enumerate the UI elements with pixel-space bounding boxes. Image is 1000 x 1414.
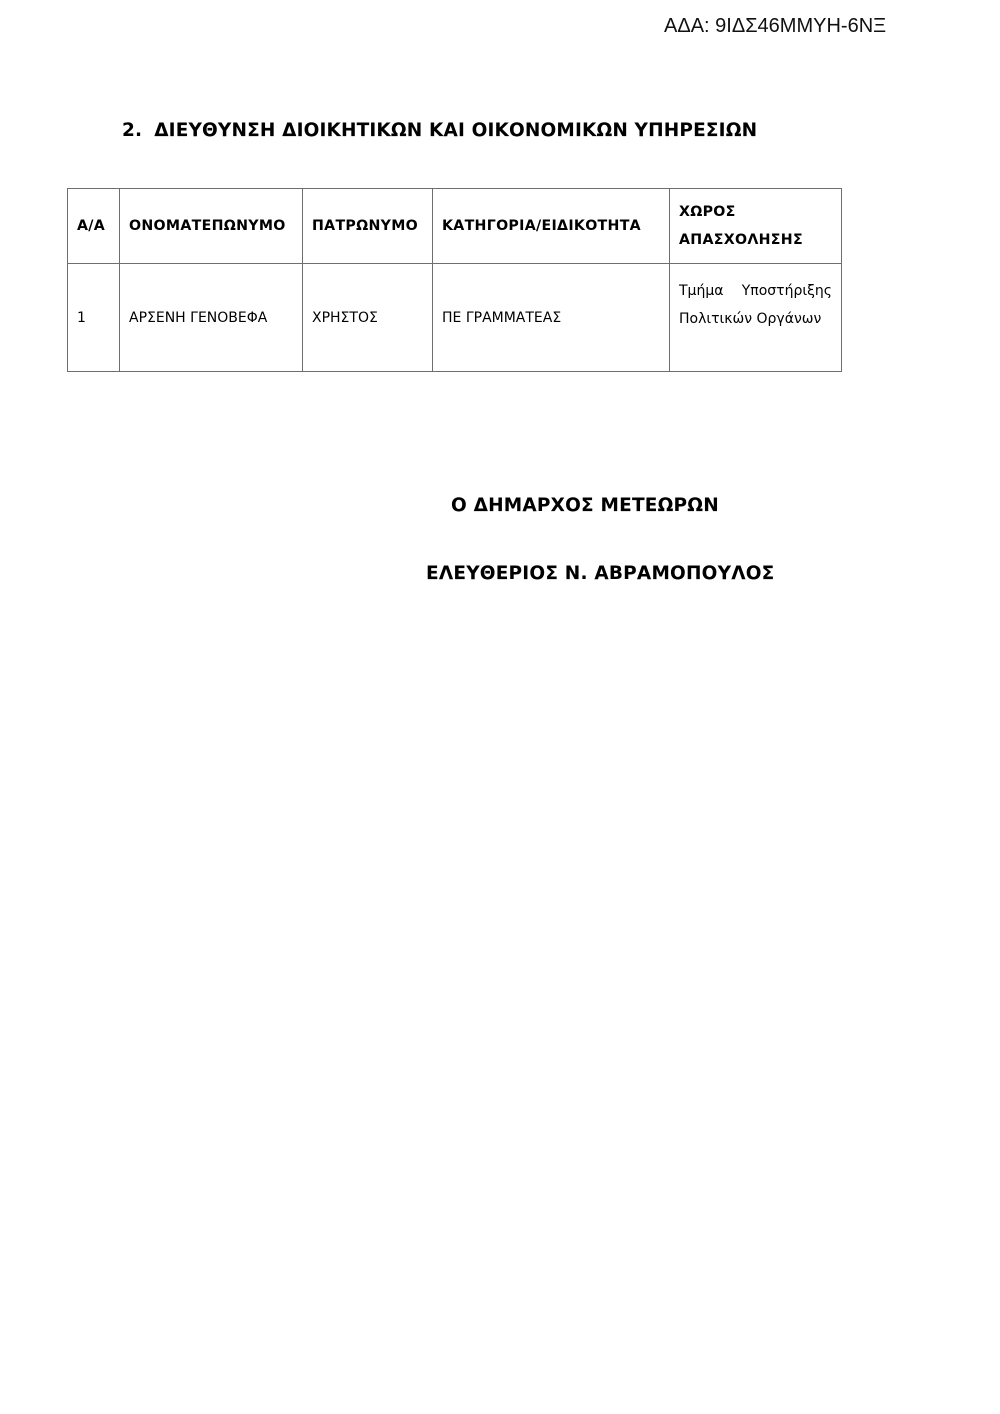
section-heading: 2.ΔΙΕΥΘΥΝΣΗ ΔΙΟΙΚΗΤΙΚΩΝ ΚΑΙ ΟΙΚΟΝΟΜΙΚΩΝ …: [122, 120, 757, 141]
header-workplace-line2: ΑΠΑΣΧΟΛΗΣΗΣ: [679, 232, 803, 248]
header-aa: Α/Α: [68, 189, 120, 264]
header-fullname: ΟΝΟΜΑΤΕΠΩΝΥΜΟ: [120, 189, 303, 264]
signature-name: ΕΛΕΥΘΕΡΙΟΣ Ν. ΑΒΡΑΜΟΠΟΥΛΟΣ: [426, 563, 774, 584]
table-row: 1 ΑΡΣΕΝΗ ΓΕΝΟΒΕΦΑ ΧΡΗΣΤΟΣ ΠΕ ΓΡΑΜΜΑΤΕΑΣ …: [68, 264, 842, 372]
cell-workplace: Τμήμα Υποστήριξης Πολιτικών Οργάνων: [670, 264, 842, 372]
ada-identifier: ΑΔΑ: 9ΙΔΣ46ΜΜΥΗ-6ΝΞ: [664, 15, 886, 38]
header-workplace-line1: ΧΩΡΟΣ: [679, 204, 736, 220]
header-fathers-name: ΠΑΤΡΩΝΥΜΟ: [303, 189, 433, 264]
signature-title: Ο ΔΗΜΑΡΧΟΣ ΜΕΤΕΩΡΩΝ: [451, 495, 719, 516]
staff-table: Α/Α ΟΝΟΜΑΤΕΠΩΝΥΜΟ ΠΑΤΡΩΝΥΜΟ ΚΑΤΗΓΟΡΙΑ/ΕΙ…: [67, 188, 842, 372]
cell-workplace-line1: Τμήμα Υποστήριξης: [679, 277, 832, 305]
cell-workplace-line2: Πολιτικών Οργάνων: [679, 305, 832, 333]
table-header-row: Α/Α ΟΝΟΜΑΤΕΠΩΝΥΜΟ ΠΑΤΡΩΝΥΜΟ ΚΑΤΗΓΟΡΙΑ/ΕΙ…: [68, 189, 842, 264]
section-title: ΔΙΕΥΘΥΝΣΗ ΔΙΟΙΚΗΤΙΚΩΝ ΚΑΙ ΟΙΚΟΝΟΜΙΚΩΝ ΥΠ…: [154, 120, 757, 141]
cell-aa: 1: [68, 264, 120, 372]
section-number: 2.: [122, 120, 142, 141]
cell-fathers-name: ΧΡΗΣΤΟΣ: [303, 264, 433, 372]
header-workplace: ΧΩΡΟΣ ΑΠΑΣΧΟΛΗΣΗΣ: [670, 189, 842, 264]
cell-category: ΠΕ ΓΡΑΜΜΑΤΕΑΣ: [433, 264, 670, 372]
cell-fullname: ΑΡΣΕΝΗ ΓΕΝΟΒΕΦΑ: [120, 264, 303, 372]
header-category: ΚΑΤΗΓΟΡΙΑ/ΕΙΔΙΚΟΤΗΤΑ: [433, 189, 670, 264]
